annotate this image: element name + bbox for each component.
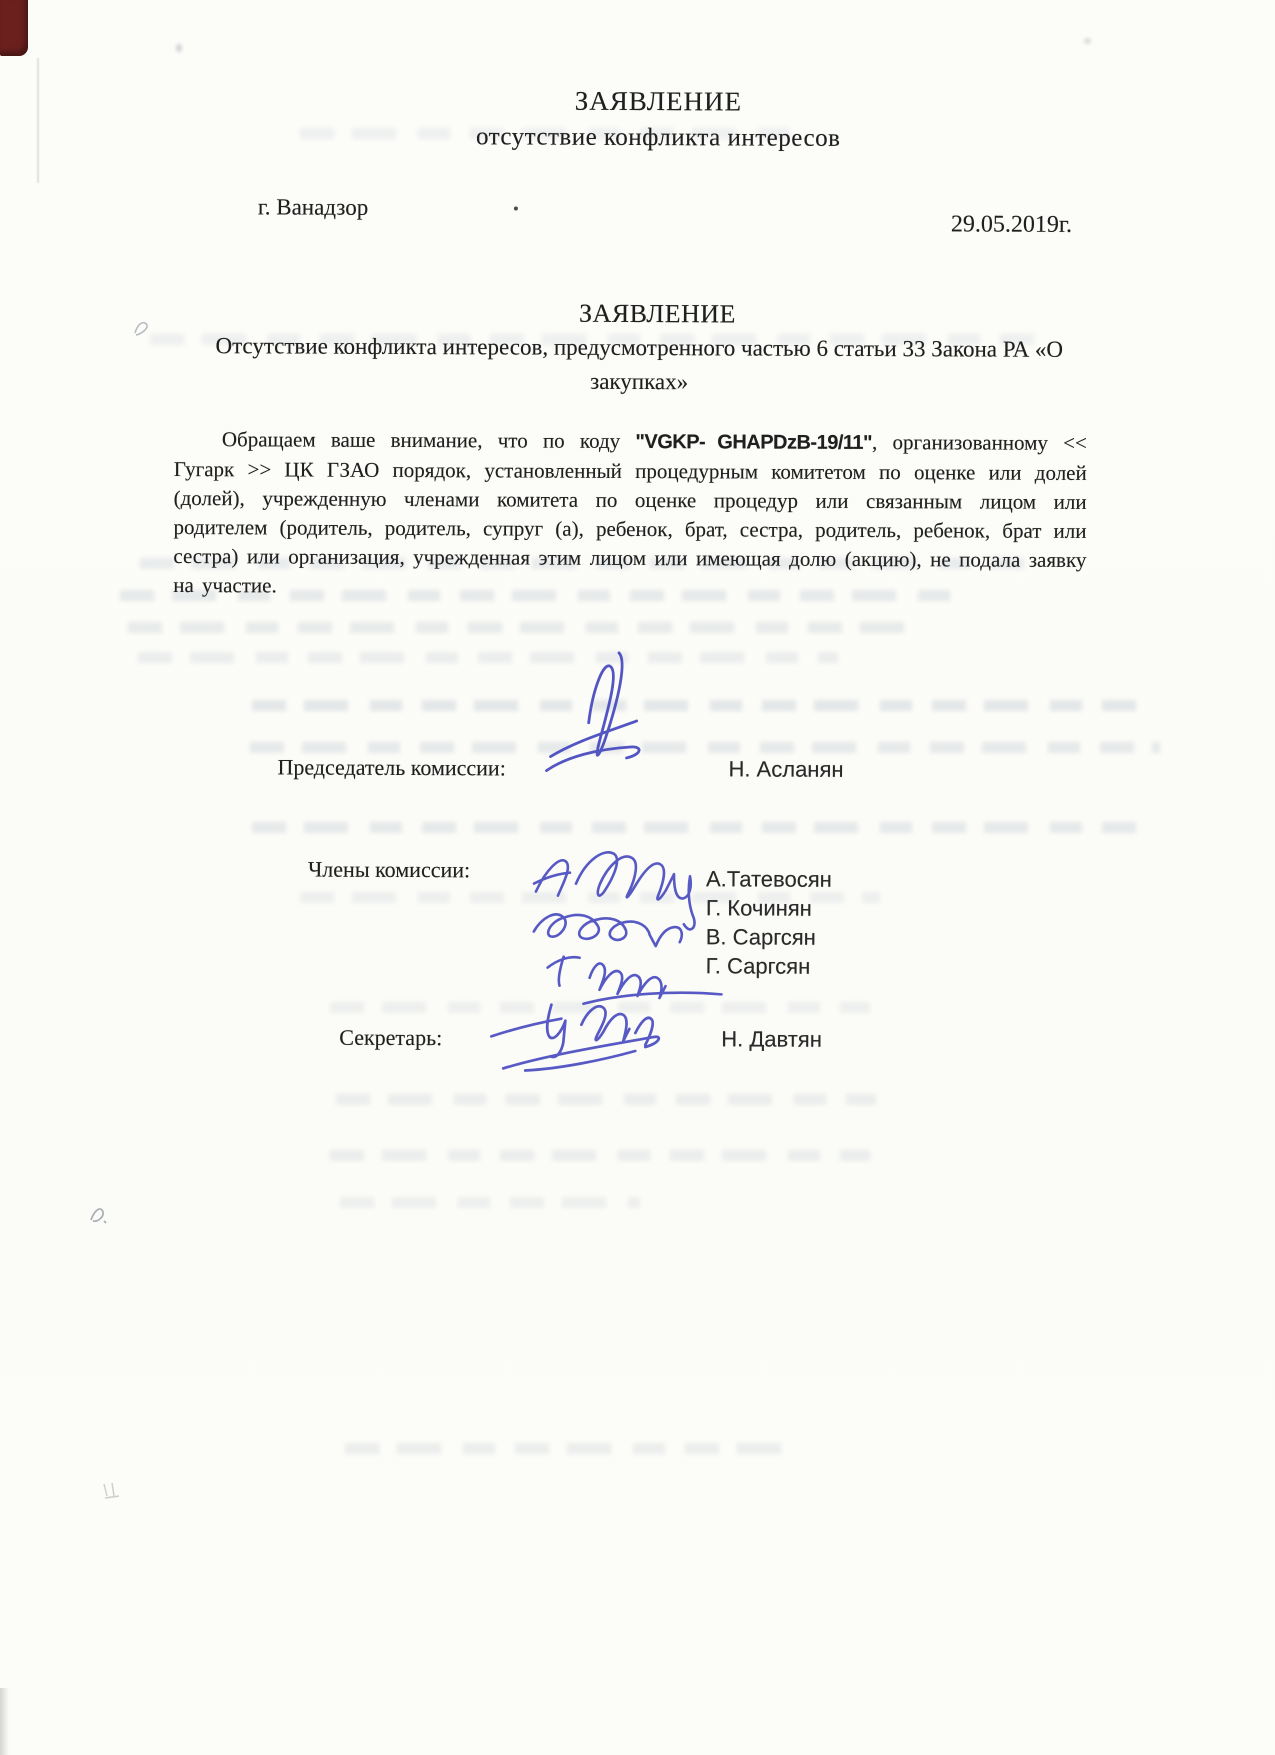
secretary-signature <box>485 992 675 1093</box>
statement-subtitle: Отсутствие конфликта интересов, предусмо… <box>164 329 1114 401</box>
member-name: Г. Саргсян <box>706 951 832 981</box>
statement-title: ЗАЯВЛЕНИЕ <box>37 296 1275 331</box>
member-name: А.Татевосян <box>706 864 832 894</box>
body-text-after-code: , организованному << Гугарк >> ЦК ГЗАО п… <box>173 430 1087 597</box>
member-name: Г. Кочинян <box>706 893 832 923</box>
scanned-document-page: ЗАЯВЛЕНИЕ отсутствие конфликта интересов… <box>0 0 1275 1755</box>
date-label: 29.05.2019г. <box>951 211 1072 239</box>
member-names: А.Татевосян Г. Кочинян В. Саргсян Г. Сар… <box>706 864 832 981</box>
chairman-name: Н. Асланян <box>728 756 843 783</box>
secretary-signature-ink <box>491 1004 659 1071</box>
document-header: ЗАЯВЛЕНИЕ отсутствие конфликта интересов <box>38 83 1275 154</box>
member-name: В. Саргсян <box>706 922 832 952</box>
city-label: г. Ванадзор <box>258 194 368 220</box>
members-label: Члены комиссии: <box>308 857 470 884</box>
procurement-code: "VGKP- GHAPDzB-19/11" <box>635 431 872 454</box>
document-title: ЗАЯВЛЕНИЕ <box>38 83 1275 119</box>
chairman-label: Председатель комиссии: <box>277 754 506 781</box>
body-text-before-code: Обращаем ваше внимание, что по коду <box>222 427 636 453</box>
ink-dot-artifact <box>514 206 518 210</box>
members-signatures-ink <box>533 852 722 1004</box>
document-subtitle: отсутствие конфликта интересов <box>38 121 1275 154</box>
secretary-name: Н. Давтян <box>721 1026 822 1052</box>
secretary-label: Секретарь: <box>339 1025 442 1051</box>
chairman-signature-ink <box>546 653 639 771</box>
body-paragraph: Обращаем ваше внимание, что по коду "VGK… <box>173 425 1087 604</box>
chairman-signature <box>540 645 676 801</box>
